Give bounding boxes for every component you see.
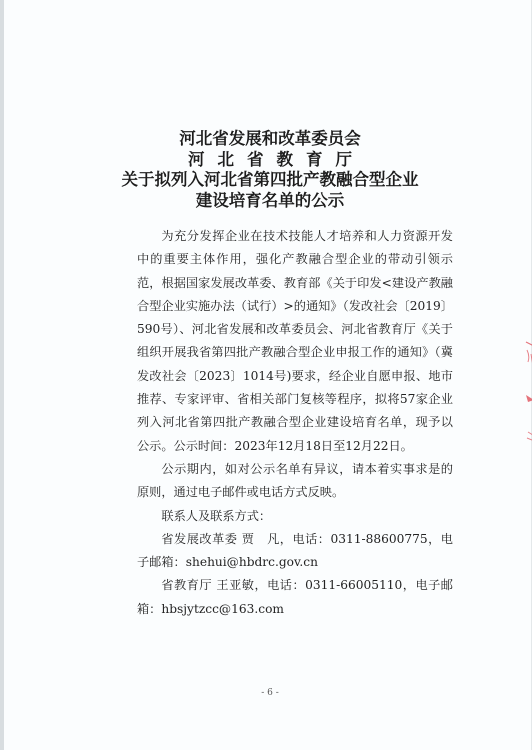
title-subject-1: 关于拟列入河北省第四批产教融合型企业 — [4, 170, 532, 191]
paragraph-contact-drc: 省发展改革委 贾 凡，电话：0311-88600775，电子邮箱：shehui@… — [137, 528, 453, 575]
document-body: 为充分发挥企业在技术技能人才培养和人力资源开发中的重要主体作用，强化产教融合型企… — [137, 225, 453, 621]
paragraph-main: 为充分发挥企业在技术技能人才培养和人力资源开发中的重要主体作用，强化产教融合型企… — [137, 225, 453, 458]
document-title: 河北省发展和改革委员会 河北省教育厅 关于拟列入河北省第四批产教融合型企业 建设… — [4, 129, 532, 211]
seal-stamp-edge-icon — [522, 340, 532, 470]
title-issuer-1: 河北省发展和改革委员会 — [4, 129, 532, 150]
paragraph-objection: 公示期内，如对公示名单有异议，请本着实事求是的原则，通过电子邮件或电话方式反映。 — [137, 458, 453, 505]
document-page: 河北省发展和改革委员会 河北省教育厅 关于拟列入河北省第四批产教融合型企业 建设… — [0, 0, 532, 750]
title-issuer-2: 河北省教育厅 — [4, 150, 532, 171]
paragraph-contact-edu: 省教育厅 王亚敏，电话：0311-66005110，电子邮箱：hbsjytzcc… — [137, 574, 453, 621]
page-number: - 6 - — [4, 688, 532, 698]
title-subject-2: 建设培育名单的公示 — [4, 191, 532, 212]
paragraph-contact-heading: 联系人及联系方式： — [137, 505, 453, 528]
